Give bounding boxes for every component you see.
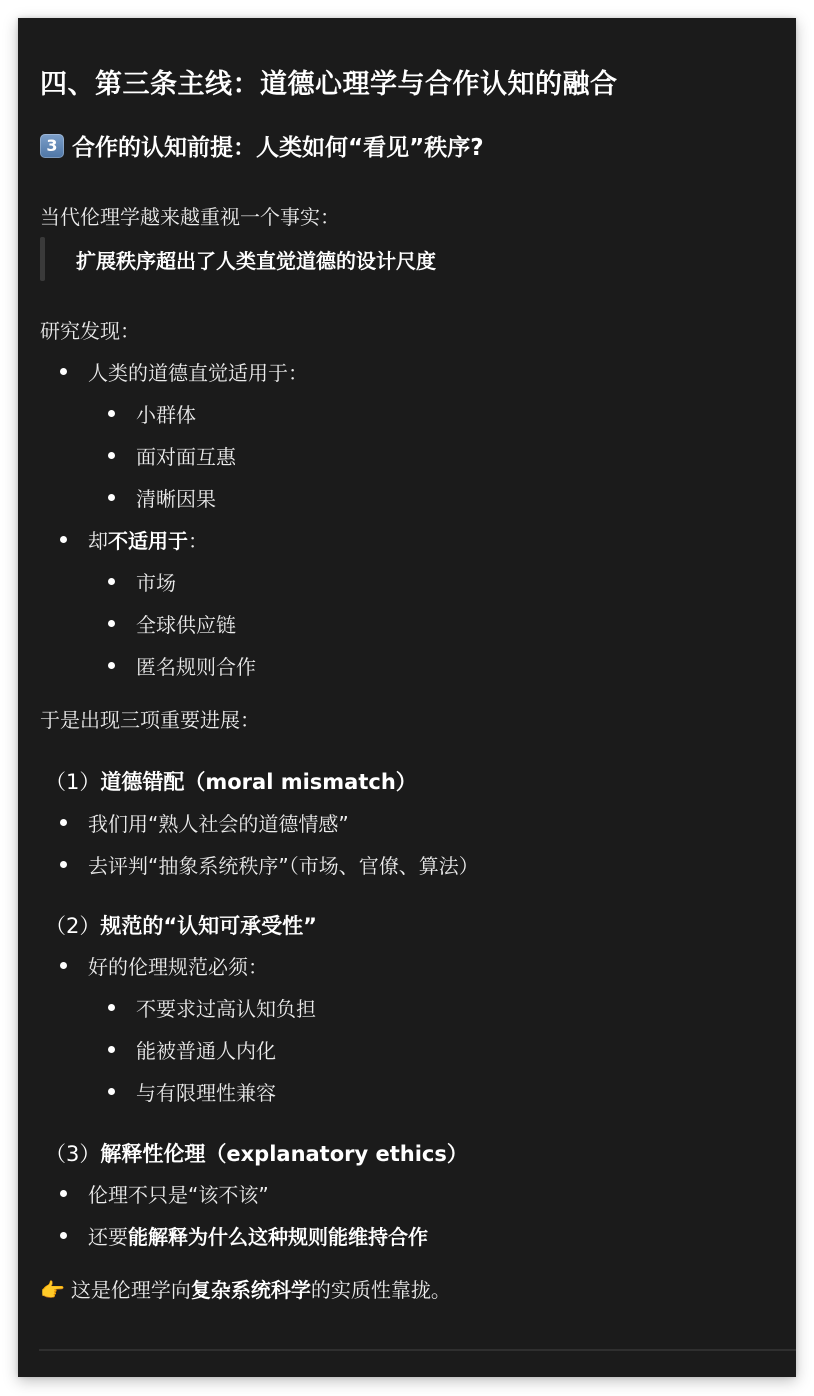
bullet-icon xyxy=(108,1004,115,1011)
list-item: 好的伦理规范必须： xyxy=(60,951,268,980)
section-title: 四、第三条主线：道德心理学与合作认知的融合 xyxy=(40,62,618,101)
keycap-three-icon: 3 xyxy=(40,134,64,158)
list-item-text: 小群体 xyxy=(136,399,196,428)
bullet-icon xyxy=(108,578,115,585)
developments-label: 于是出现三项重要进展： xyxy=(40,704,260,733)
list-item-text: 却不适用于： xyxy=(88,525,208,554)
list-item-text: 我们用“熟人社会的道德情感” xyxy=(88,808,349,837)
subsection-title: 3 合作的认知前提：人类如何“看见”秩序? xyxy=(40,129,484,162)
bullet-icon xyxy=(108,662,115,669)
bullet-icon xyxy=(108,452,115,459)
bullet-icon xyxy=(60,536,67,543)
conclusion-paragraph: 👉这是伦理学向复杂系统科学的实质性靠拢。 xyxy=(40,1274,451,1303)
list-item: 能被普通人内化 xyxy=(108,1035,276,1064)
bullet-icon xyxy=(60,368,67,375)
bullet-icon xyxy=(108,410,115,417)
bold-text: 复杂系统科学 xyxy=(191,1278,311,1302)
development-heading-2: （2）规范的“认知可承受性” xyxy=(45,910,317,940)
list-item-text: 与有限理性兼容 xyxy=(136,1077,276,1106)
pointing-hand-icon: 👉 xyxy=(40,1278,65,1302)
list-item: 全球供应链 xyxy=(108,609,236,638)
heading-text: 规范的“认知可承受性” xyxy=(100,914,317,938)
list-item-text: 好的伦理规范必须： xyxy=(88,951,268,980)
list-item: 还要能解释为什么这种规则能维持合作 xyxy=(60,1221,428,1250)
bullet-icon xyxy=(60,1190,67,1197)
heading-number: （2） xyxy=(45,914,100,938)
intro-paragraph: 当代伦理学越来越重视一个事实： xyxy=(40,201,340,230)
text-suffix: 的实质性靠拢。 xyxy=(311,1278,451,1302)
list-item-text: 还要能解释为什么这种规则能维持合作 xyxy=(88,1221,428,1250)
list-item-text: 人类的道德直觉适用于： xyxy=(88,357,308,386)
list-item-text: 全球供应链 xyxy=(136,609,236,638)
subsection-title-text: 合作的认知前提：人类如何“看见”秩序? xyxy=(72,129,484,162)
list-item: 人类的道德直觉适用于： xyxy=(60,357,308,386)
bold-text: 能解释为什么这种规则能维持合作 xyxy=(128,1225,428,1249)
list-item: 却不适用于： xyxy=(60,525,208,554)
text-prefix: 还要 xyxy=(88,1225,128,1249)
text-prefix: 却 xyxy=(88,529,108,553)
blockquote-text: 扩展秩序超出了人类直觉道德的设计尺度 xyxy=(76,245,436,274)
bullet-icon xyxy=(60,962,67,969)
heading-number: （3） xyxy=(45,1142,100,1166)
list-item: 匿名规则合作 xyxy=(108,651,256,680)
list-item-text: 市场 xyxy=(136,567,176,596)
development-heading-3: （3）解释性伦理（explanatory ethics） xyxy=(45,1138,468,1168)
bullet-icon xyxy=(108,494,115,501)
list-item-text: 匿名规则合作 xyxy=(136,651,256,680)
list-item: 与有限理性兼容 xyxy=(108,1077,276,1106)
bullet-icon xyxy=(60,1232,67,1239)
bullet-icon xyxy=(108,1046,115,1053)
bullet-icon xyxy=(60,819,67,826)
horizontal-rule xyxy=(39,1349,796,1351)
list-item-text: 伦理不只是“该不该” xyxy=(88,1179,269,1208)
list-item: 小群体 xyxy=(108,399,196,428)
document-panel: 四、第三条主线：道德心理学与合作认知的融合 3 合作的认知前提：人类如何“看见”… xyxy=(18,18,796,1377)
heading-text: 解释性伦理（explanatory ethics） xyxy=(100,1142,468,1166)
list-item: 伦理不只是“该不该” xyxy=(60,1179,269,1208)
text-suffix: ： xyxy=(188,529,208,553)
list-item: 我们用“熟人社会的道德情感” xyxy=(60,808,349,837)
list-item-text: 能被普通人内化 xyxy=(136,1035,276,1064)
bullet-icon xyxy=(108,620,115,627)
blockquote-bar xyxy=(40,237,45,281)
list-item-text: 去评判“抽象系统秩序”（市场、官僚、算法） xyxy=(88,850,479,879)
list-item: 市场 xyxy=(108,567,176,596)
bullet-icon xyxy=(108,1088,115,1095)
findings-label: 研究发现： xyxy=(40,315,140,344)
list-item: 清晰因果 xyxy=(108,483,216,512)
text-prefix: 这是伦理学向 xyxy=(71,1278,191,1302)
list-item-text: 不要求过高认知负担 xyxy=(136,993,316,1022)
list-item-text: 面对面互惠 xyxy=(136,441,236,470)
heading-number: （1） xyxy=(45,770,100,794)
bullet-icon xyxy=(60,861,67,868)
development-heading-1: （1）道德错配（moral mismatch） xyxy=(45,766,417,796)
list-item: 面对面互惠 xyxy=(108,441,236,470)
list-item: 去评判“抽象系统秩序”（市场、官僚、算法） xyxy=(60,850,479,879)
bold-text: 不适用于 xyxy=(108,529,188,553)
list-item: 不要求过高认知负担 xyxy=(108,993,316,1022)
heading-text: 道德错配（moral mismatch） xyxy=(100,770,416,794)
list-item-text: 清晰因果 xyxy=(136,483,216,512)
blockquote: 扩展秩序超出了人类直觉道德的设计尺度 xyxy=(40,237,436,281)
